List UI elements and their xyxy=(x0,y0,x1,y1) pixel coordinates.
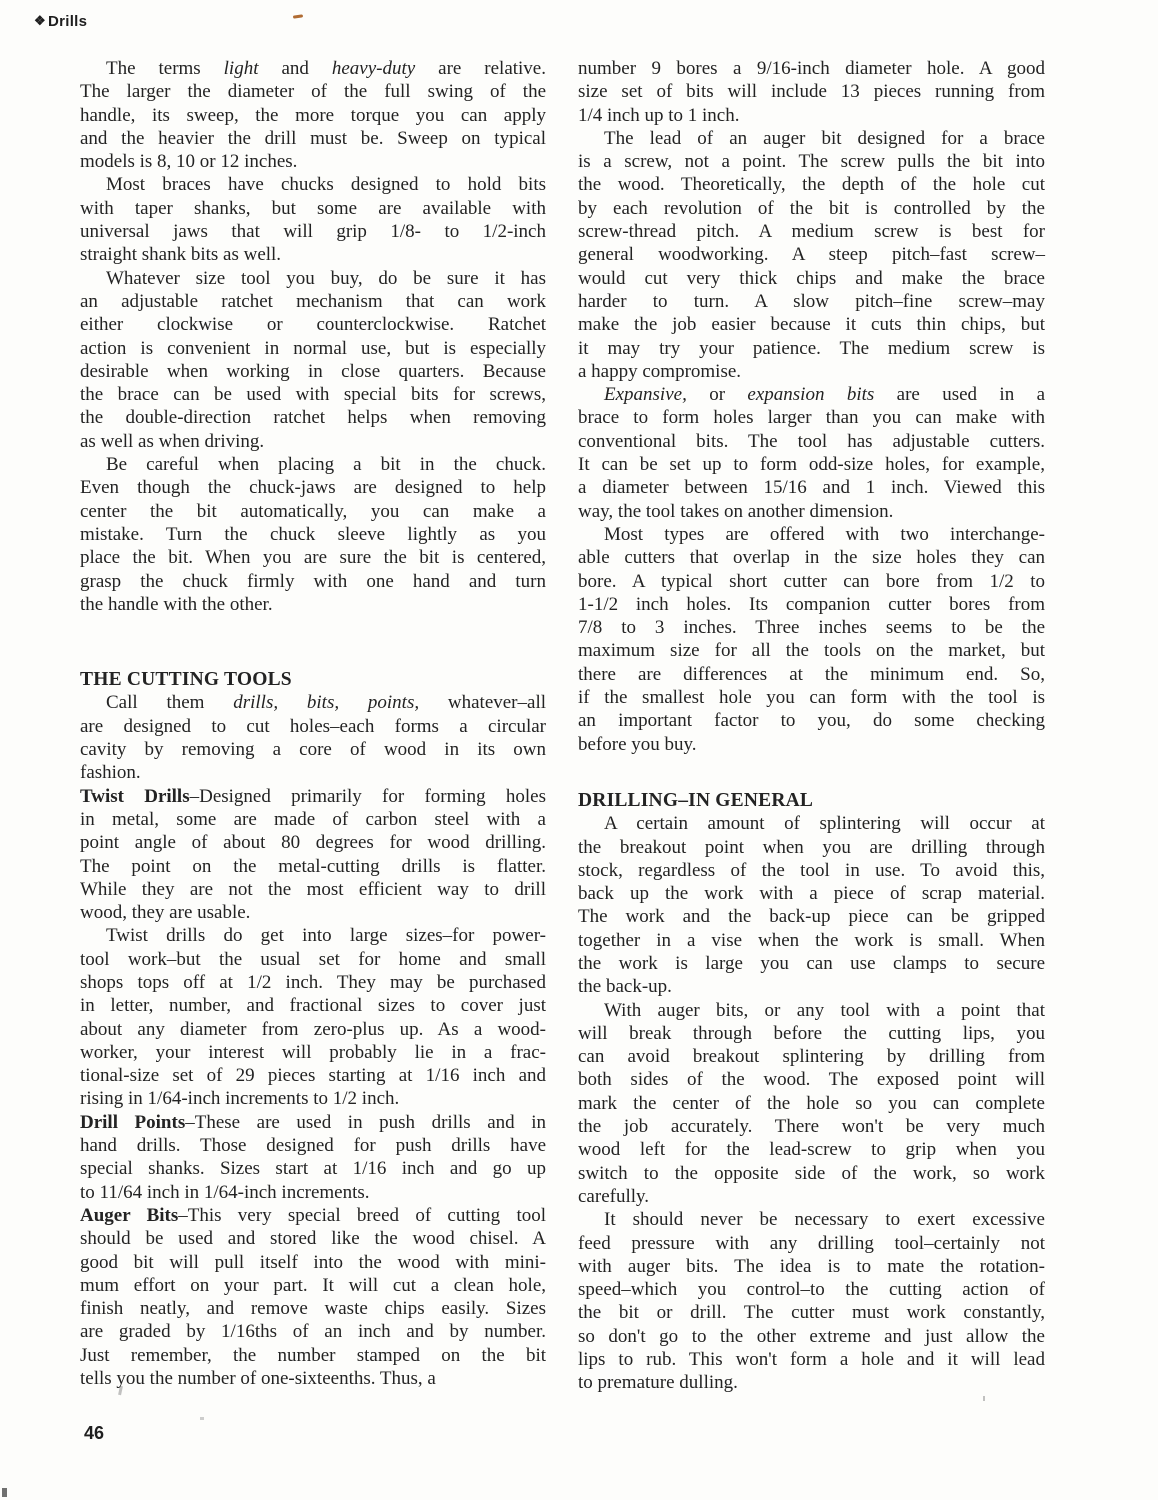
text-line: The lead of an auger bit designed for a … xyxy=(578,127,1045,150)
text-line: feed pressure with any drilling tool–cer… xyxy=(578,1232,1045,1255)
text-line: place the bit. When you are sure the bit… xyxy=(80,546,546,569)
scan-artifact xyxy=(983,1396,985,1401)
text-line: conventional bits. The tool has adjustab… xyxy=(578,430,1045,453)
section-heading: THE CUTTING TOOLS xyxy=(80,668,546,691)
text-line: wood, they are usable. xyxy=(80,901,546,924)
book-page: ❖Drills The terms light and heavy-duty a… xyxy=(0,0,1158,1500)
paragraph: Expansive, or expansion bits are used in… xyxy=(578,383,1045,523)
text-line: if the smallest hole you can form with t… xyxy=(578,686,1045,709)
text-line: an important factor to you, do some chec… xyxy=(578,709,1045,732)
paragraph: Twist drills do get into large sizes–for… xyxy=(80,924,546,1110)
text-line: as well as when driving. xyxy=(80,430,546,453)
text-line: carefully. xyxy=(578,1185,1045,1208)
text-line: are graded by 1/16ths of an inch and by … xyxy=(80,1320,546,1343)
text-line: cavity by removing a core of wood in its… xyxy=(80,738,546,761)
text-line: Even though the chuck-jaws are designed … xyxy=(80,476,546,499)
text-line: tool work–but the usual set for home and… xyxy=(80,948,546,971)
paragraph: Call them drills, bits, points, whatever… xyxy=(80,691,546,784)
text-line: rising in 1/64-inch increments to 1/2 in… xyxy=(80,1087,546,1110)
text-line: with auger bits. The idea is to mate the… xyxy=(578,1255,1045,1278)
text-line: Most types are offered with two intercha… xyxy=(578,523,1045,546)
text-line: grasp the chuck firmly with one hand and… xyxy=(80,570,546,593)
text-line: hand drills. Those designed for push dri… xyxy=(80,1134,546,1157)
text-line: 1-1/2 inch holes. Its companion cutter b… xyxy=(578,593,1045,616)
paragraph: number 9 bores a 9/16-inch diameter hole… xyxy=(578,57,1045,127)
text-line: shops tops off at 1/2 inch. They may be … xyxy=(80,971,546,994)
paragraph: It should never be necessary to exert ex… xyxy=(578,1208,1045,1394)
text-line: tional-size set of 29 pieces starting at… xyxy=(80,1064,546,1087)
text-line: Expansive, or expansion bits are used in… xyxy=(578,383,1045,406)
right-column: number 9 bores a 9/16-inch diameter hole… xyxy=(578,57,1045,1395)
text-line: screw-thread pitch. A medium screw is be… xyxy=(578,220,1045,243)
text-line: While they are not the most efficient wa… xyxy=(80,878,546,901)
text-line: lips to rub. This won't form a hole and … xyxy=(578,1348,1045,1371)
text-line: Call them drills, bits, points, whatever… xyxy=(80,691,546,714)
text-line: 1/4 inch up to 1 inch. xyxy=(578,104,1045,127)
text-line: back up the work with a piece of scrap m… xyxy=(578,882,1045,905)
text-line: Auger Bits–This very special breed of cu… xyxy=(80,1204,546,1227)
text-line: tells you the number of one-sixteenths. … xyxy=(80,1367,546,1390)
text-line: mum effort on your part. It will cut a c… xyxy=(80,1274,546,1297)
paragraph: With auger bits, or any tool with a poin… xyxy=(578,999,1045,1209)
text-line: mark the center of the hole so you can c… xyxy=(578,1092,1045,1115)
text-line: harder to turn. A slow pitch–fine screw–… xyxy=(578,290,1045,313)
text-line: in metal, some are made of carbon steel … xyxy=(80,808,546,831)
text-line: The work and the back-up piece can be gr… xyxy=(578,905,1045,928)
paragraph: Be careful when placing a bit in the chu… xyxy=(80,453,546,616)
text-line: before you buy. xyxy=(578,733,1045,756)
text-line: way, the tool takes on another dimension… xyxy=(578,500,1045,523)
text-line: can avoid breakout splintering by drilli… xyxy=(578,1045,1045,1068)
text-line: brace to form holes larger than you can … xyxy=(578,406,1045,429)
text-line: number 9 bores a 9/16-inch diameter hole… xyxy=(578,57,1045,80)
paragraph: The terms light and heavy-duty are relat… xyxy=(80,57,546,173)
text-line: a happy compromise. xyxy=(578,360,1045,383)
text-line: stock, regardless of the tool in use. To… xyxy=(578,859,1045,882)
paragraph: Most braces have chucks designed to hold… xyxy=(80,173,546,266)
text-line: size set of bits will include 13 pieces … xyxy=(578,80,1045,103)
text-line: Drill Points–These are used in push dril… xyxy=(80,1111,546,1134)
text-line: special shanks. Sizes start at 1/16 inch… xyxy=(80,1157,546,1180)
text-line: the back-up. xyxy=(578,975,1045,998)
running-header-title: Drills xyxy=(48,13,87,30)
text-line: speed–which you control–to the cutting a… xyxy=(578,1278,1045,1301)
text-line: an adjustable ratchet mechanism that can… xyxy=(80,290,546,313)
text-line: It should never be necessary to exert ex… xyxy=(578,1208,1045,1231)
text-line: center the bit automatically, you can ma… xyxy=(80,500,546,523)
paragraph: Auger Bits–This very special breed of cu… xyxy=(80,1204,546,1390)
text-line: will break through before the cutting li… xyxy=(578,1022,1045,1045)
clover-icon: ❖ xyxy=(34,13,46,28)
text-line: the bit or drill. The cutter must work c… xyxy=(578,1301,1045,1324)
left-column: The terms light and heavy-duty are relat… xyxy=(80,57,546,1390)
text-line: together in a vise when the work is smal… xyxy=(578,929,1045,952)
text-line: The terms light and heavy-duty are relat… xyxy=(80,57,546,80)
text-line: the work is large you can use clamps to … xyxy=(578,952,1045,975)
text-line: desirable when working in close quarters… xyxy=(80,360,546,383)
text-line: with taper shanks, but some are availabl… xyxy=(80,197,546,220)
text-line: worker, your interest will probably lie … xyxy=(80,1041,546,1064)
scan-artifact xyxy=(2,1488,7,1497)
text-line: about any diameter from zero-plus up. As… xyxy=(80,1018,546,1041)
text-line: there are differences at the minimum end… xyxy=(578,663,1045,686)
section-heading: DRILLING–IN GENERAL xyxy=(578,789,1045,812)
text-line: by each revolution of the bit is control… xyxy=(578,197,1045,220)
text-line: would cut very thick chips and make the … xyxy=(578,267,1045,290)
page-number: 46 xyxy=(84,1423,104,1444)
text-line: 7/8 to 3 inches. Three inches seems to b… xyxy=(578,616,1045,639)
text-line: either clockwise or counterclockwise. Ra… xyxy=(80,313,546,336)
paragraph: The lead of an auger bit designed for a … xyxy=(578,127,1045,383)
text-line: Whatever size tool you buy, do be sure i… xyxy=(80,267,546,290)
text-line: finish neatly, and remove waste chips ea… xyxy=(80,1297,546,1320)
text-line: It can be set up to form odd-size holes,… xyxy=(578,453,1045,476)
text-line: action is convenient in normal use, but … xyxy=(80,337,546,360)
paragraph: Drill Points–These are used in push dril… xyxy=(80,1111,546,1204)
text-line: Twist Drills–Designed primarily for form… xyxy=(80,785,546,808)
paragraph: A certain amount of splintering will occ… xyxy=(578,812,1045,998)
text-line: switch to the opposite side of the work,… xyxy=(578,1162,1045,1185)
text-line: point angle of about 80 degrees for wood… xyxy=(80,831,546,854)
text-line: Most braces have chucks designed to hold… xyxy=(80,173,546,196)
text-line: to 11/64 inch in 1/64-inch increments. xyxy=(80,1181,546,1204)
text-line: Just remember, the number stamped on the… xyxy=(80,1344,546,1367)
text-line: is a screw, not a point. The screw pulls… xyxy=(578,150,1045,173)
text-line: With auger bits, or any tool with a poin… xyxy=(578,999,1045,1022)
scan-artifact xyxy=(293,14,303,18)
text-line: wood left for the lead-screw to grip whe… xyxy=(578,1138,1045,1161)
text-line: and the heavier the drill must be. Sweep… xyxy=(80,127,546,150)
text-line: bore. A typical short cutter can bore fr… xyxy=(578,570,1045,593)
text-line: The larger the diameter of the full swin… xyxy=(80,80,546,103)
text-line: should be used and stored like the wood … xyxy=(80,1227,546,1250)
paragraph: Whatever size tool you buy, do be sure i… xyxy=(80,267,546,453)
text-line: general woodworking. A steep pitch–fast … xyxy=(578,243,1045,266)
text-line: The point on the metal-cutting drills is… xyxy=(80,855,546,878)
text-line: the brace can be used with special bits … xyxy=(80,383,546,406)
text-line: both sides of the wood. The exposed poin… xyxy=(578,1068,1045,1091)
text-line: straight shank bits as well. xyxy=(80,243,546,266)
text-line: it may try your patience. The medium scr… xyxy=(578,337,1045,360)
text-line: the job accurately. There won't be very … xyxy=(578,1115,1045,1138)
text-line: Twist drills do get into large sizes–for… xyxy=(80,924,546,947)
text-line: able cutters that overlap in the size ho… xyxy=(578,546,1045,569)
text-line: the breakout point when you are drilling… xyxy=(578,836,1045,859)
text-line: the double-direction ratchet helps when … xyxy=(80,406,546,429)
running-header: ❖Drills xyxy=(34,13,87,30)
text-line: in letter, number, and fractional sizes … xyxy=(80,994,546,1017)
scan-artifact xyxy=(200,1417,204,1420)
paragraph: Most types are offered with two intercha… xyxy=(578,523,1045,756)
text-line: a diameter between 15/16 and 1 inch. Vie… xyxy=(578,476,1045,499)
text-line: so don't go to the other extreme and jus… xyxy=(578,1325,1045,1348)
text-line: Be careful when placing a bit in the chu… xyxy=(80,453,546,476)
text-line: the handle with the other. xyxy=(80,593,546,616)
text-line: fashion. xyxy=(80,761,546,784)
text-line: mistake. Turn the chuck sleeve lightly a… xyxy=(80,523,546,546)
text-line: A certain amount of splintering will occ… xyxy=(578,812,1045,835)
text-line: good bit will pull itself into the wood … xyxy=(80,1251,546,1274)
text-line: maximum size for all the tools on the ma… xyxy=(578,639,1045,662)
text-line: models is 8, 10 or 12 inches. xyxy=(80,150,546,173)
text-line: to premature dulling. xyxy=(578,1371,1045,1394)
text-line: are designed to cut holes–each forms a c… xyxy=(80,715,546,738)
text-line: universal jaws that will grip 1/8- to 1/… xyxy=(80,220,546,243)
text-line: handle, its sweep, the more torque you c… xyxy=(80,104,546,127)
text-line: make the job easier because it cuts thin… xyxy=(578,313,1045,336)
text-line: the wood. Theoretically, the depth of th… xyxy=(578,173,1045,196)
paragraph: Twist Drills–Designed primarily for form… xyxy=(80,785,546,925)
